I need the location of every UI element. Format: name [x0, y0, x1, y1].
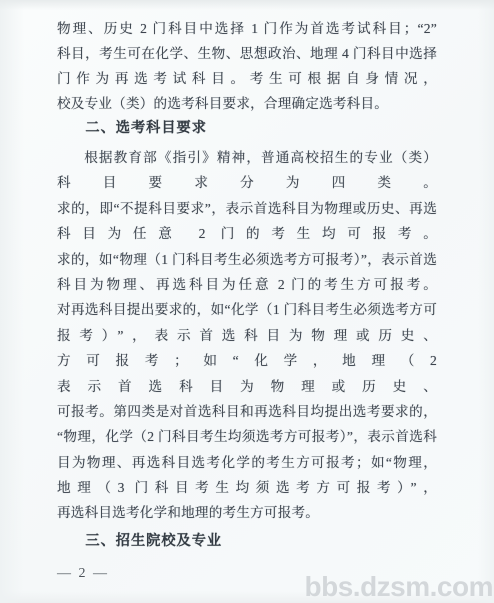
doc-line: 科目要求分为四类。第一类是对首选科目和再选科目都未提出要 — [57, 170, 437, 195]
doc-line: 表示首选科目为物理或历史、再选科目选考化学和地理的考生方 — [57, 374, 437, 399]
doc-line: 根据教育部《指引》精神，普通高校招生的专业（类）选考 — [57, 145, 437, 170]
paragraph-requirement-categories: 根据教育部《指引》精神，普通高校招生的专业（类）选考 科目要求分为四类。第一类是… — [57, 145, 437, 526]
doc-line: 科目为任意 2 门的考生均可报考。第二类是只对首选科目提出要 — [57, 221, 437, 246]
doc-line: “物理，化学（2 门科目考生均须选考方可报考）”，表示首选科 — [57, 424, 437, 449]
section-heading-colleges-majors: 三、招生院校及专业 — [57, 529, 437, 554]
doc-line: 可报考。第四类是对首选科目和再选科目均提出选考要求的，如 — [57, 399, 437, 424]
scanned-document-page: 物理、历史 2 门科目中选择 1 门作为首选考试科目；“2” 为再选 科目，考生… — [0, 0, 494, 603]
document-text-block: 物理、历史 2 门科目中选择 1 门作为首选考试科目；“2” 为再选 科目，考生… — [57, 16, 437, 554]
watermark-text: bbs.dzsm.com — [305, 572, 493, 602]
doc-line: 物理、历史 2 门科目中选择 1 门作为首选考试科目；“2” 为再选 — [57, 16, 437, 41]
doc-line: 目为物理、再选科目选考化学的考生方可报考；如“物理，化学， — [57, 450, 437, 475]
doc-line: 求的，即“不提科目要求”，表示首选科目为物理或历史、再选 — [57, 196, 437, 221]
doc-line: 科目为物理、再选科目为任意 2 门的考生方可报考。第三类是只 — [57, 272, 437, 297]
paragraph-exam-subjects: 物理、历史 2 门科目中选择 1 门作为首选考试科目；“2” 为再选 科目，考生… — [57, 16, 437, 116]
page-number: — 2 — — [57, 565, 109, 582]
doc-line: 再选科目选考化学和地理的考生方可报考。 — [57, 500, 437, 525]
doc-line: 科目，考生可在化学、生物、思想政治、地理 4 门科目中选择 2 — [57, 41, 437, 66]
doc-line: 报考）”，表示首选科目为物理或历史、再选科目选考化学的考生 — [57, 323, 437, 348]
doc-line: 地理（3 门科目考生均须选考方可报考）”，表示首选科目为物理、 — [57, 475, 437, 500]
doc-line: 门作为再选考试科目。考生可根据自身情况，结合拟报考普通高 — [57, 66, 437, 91]
doc-line: 校及专业（类）的选考科目要求，合理确定选考科目。 — [57, 91, 437, 116]
doc-line: 对再选科目提出要求的，如“化学（1 门科目考生必须选考方可 — [57, 297, 437, 322]
doc-line: 方可报考；如“化学，地理（2 门科目考生均须选考方可报考）”， — [57, 348, 437, 373]
section-heading-subject-requirements: 二、选考科目要求 — [57, 116, 437, 141]
doc-line: 求的，如“物理（1 门科目考生必须选考方可报考）”，表示首选 — [57, 247, 437, 272]
